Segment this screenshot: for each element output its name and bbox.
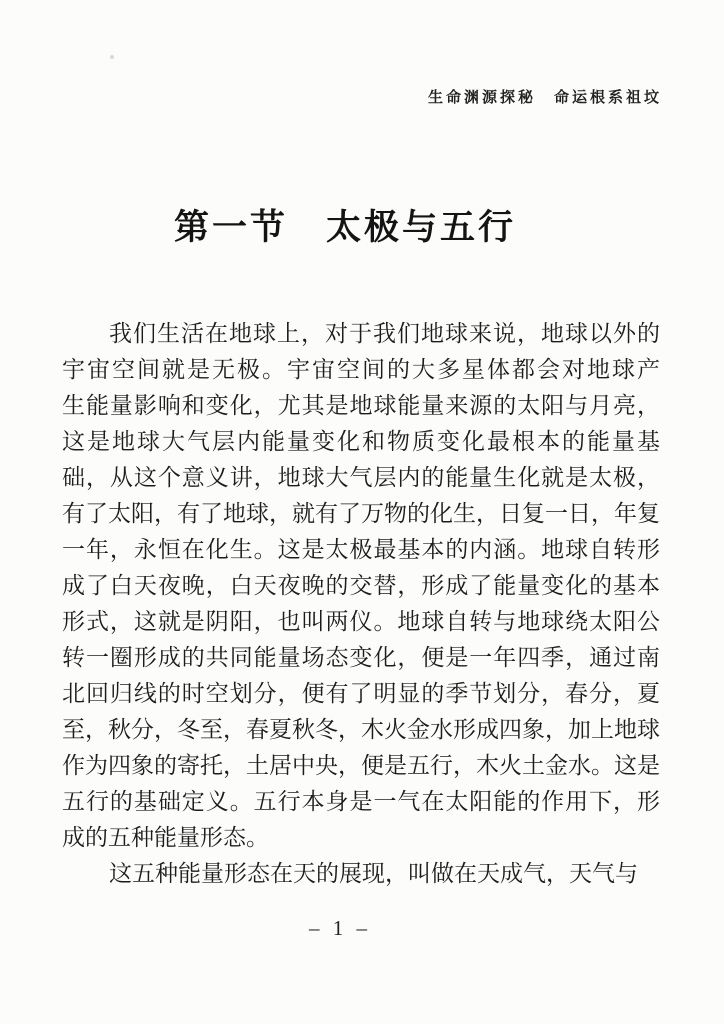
text-line: 北回归线的时空划分，便有了明显的季节划分，春分，夏 <box>62 676 660 712</box>
text-line: 生能量影响和变化，尤其是地球能量来源的太阳与月亮， <box>62 388 660 424</box>
body-text: 我们生活在地球上，对于我们地球来说，地球以外的宇宙空间就是无极。宇宙空间的大多星… <box>62 316 660 892</box>
running-header: 生命渊源探秘 命运根系祖坟 <box>428 86 662 107</box>
text-line: 这是地球大气层内能量变化和物质变化最根本的能量基 <box>62 424 660 460</box>
text-line: 我们生活在地球上，对于我们地球来说，地球以外的 <box>62 316 660 352</box>
text-line: 础，从这个意义讲，地球大气层内的能量生化就是太极， <box>62 460 660 496</box>
section-title: 第一节 太极与五行 <box>0 200 707 250</box>
text-line: 作为四象的寄托，土居中央，便是五行，木火土金水。这是 <box>62 748 660 784</box>
page-number: – 1 – <box>0 916 702 941</box>
text-line: 成了白天夜晚，白天夜晚的交替，形成了能量变化的基本 <box>62 568 660 604</box>
text-line: 五行的基础定义。五行本身是一气在太阳能的作用下，形 <box>62 784 660 820</box>
text-line: 这五种能量形态在天的展现，叫做在天成气，天气与 <box>62 856 660 892</box>
scan-artifact <box>110 55 114 59</box>
text-line: 宇宙空间就是无极。宇宙空间的大多星体都会对地球产 <box>62 352 660 388</box>
text-line: 至，秋分，冬至，春夏秋冬，木火金水形成四象，加上地球 <box>62 712 660 748</box>
text-line: 转一圈形成的共同能量场态变化，便是一年四季，通过南 <box>62 640 660 676</box>
text-line: 形式，这就是阴阳，也叫两仪。地球自转与地球绕太阳公 <box>62 604 660 640</box>
text-line: 一年，永恒在化生。这是太极最基本的内涵。地球自转形 <box>62 532 660 568</box>
text-line: 有了太阳，有了地球，就有了万物的化生，日复一日，年复 <box>62 496 660 532</box>
text-line: 成的五种能量形态。 <box>62 820 660 856</box>
book-page: 生命渊源探秘 命运根系祖坟 第一节 太极与五行 我们生活在地球上，对于我们地球来… <box>0 0 724 1024</box>
